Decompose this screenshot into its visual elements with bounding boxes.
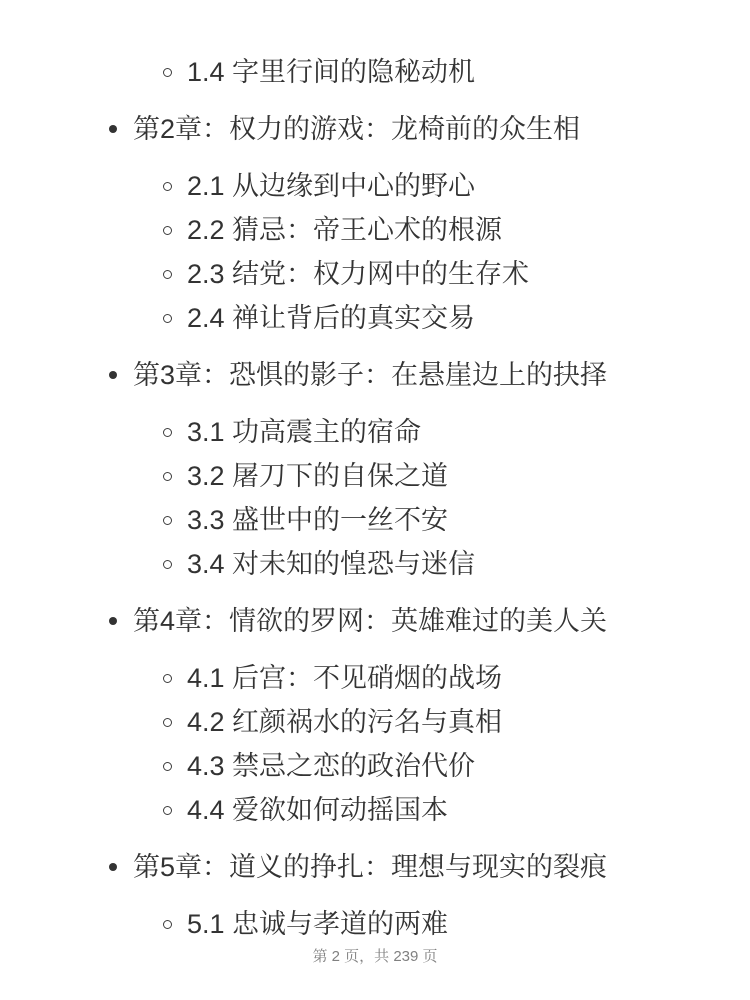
toc-subsection-item: 4.3 禁忌之恋的政治代价 [187,744,750,788]
bullet-circle-icon [163,920,172,929]
toc-subsection-label: 3.3 盛世中的一丝不安 [187,505,448,535]
bullet-disc-icon [109,125,117,133]
toc-subsection-list: 2.1 从边缘到中心的野心 2.2 猜忌：帝王心术的根源 2.3 结党：权力网中… [133,164,750,340]
toc-subsection-item: 5.1 忠诚与孝道的两难 [187,902,750,946]
toc-chapter-label: 第5章：道义的挣扎：理想与现实的裂痕 [133,852,607,882]
toc-subsection-label: 4.3 禁忌之恋的政治代价 [187,751,475,781]
toc-chapter-item: 第3章：恐惧的影子：在悬崖边上的抉择 3.1 功高震主的宿命 3.2 屠刀下的自… [133,353,750,586]
toc-subsection-item: 1.4 字里行间的隐秘动机 [187,50,750,94]
toc-chapter-label: 第3章：恐惧的影子：在悬崖边上的抉择 [133,360,607,390]
toc-subsection-label: 3.2 屠刀下的自保之道 [187,461,448,491]
table-of-contents: 1.4 字里行间的隐秘动机 第2章：权力的游戏：龙椅前的众生相 2.1 从边缘到… [0,50,750,946]
toc-chapter-item: 第2章：权力的游戏：龙椅前的众生相 2.1 从边缘到中心的野心 2.2 猜忌：帝… [133,107,750,340]
toc-subsection-item: 4.1 后宫：不见硝烟的战场 [187,656,750,700]
toc-subsection-item: 2.4 禅让背后的真实交易 [187,296,750,340]
toc-subsection-item: 2.2 猜忌：帝王心术的根源 [187,208,750,252]
toc-subsection-list: 3.1 功高震主的宿命 3.2 屠刀下的自保之道 3.3 盛世中的一丝不安 3.… [133,410,750,586]
toc-subsection-label: 4.2 红颜祸水的污名与真相 [187,707,502,737]
toc-subsection-label: 4.1 后宫：不见硝烟的战场 [187,663,502,693]
bullet-circle-icon [163,516,172,525]
page-number-indicator: 第 2 页，共 239 页 [0,947,750,967]
toc-subsection-list: 1.4 字里行间的隐秘动机 [0,50,750,94]
document-page: 1.4 字里行间的隐秘动机 第2章：权力的游戏：龙椅前的众生相 2.1 从边缘到… [0,0,750,1000]
toc-subsection-label: 2.1 从边缘到中心的野心 [187,171,475,201]
toc-subsection-item: 2.3 结党：权力网中的生存术 [187,252,750,296]
bullet-disc-icon [109,617,117,625]
bullet-circle-icon [163,718,172,727]
toc-subsection-item: 2.1 从边缘到中心的野心 [187,164,750,208]
bullet-circle-icon [163,314,172,323]
toc-chapter-item: 第5章：道义的挣扎：理想与现实的裂痕 5.1 忠诚与孝道的两难 [133,845,750,946]
toc-subsection-item: 3.3 盛世中的一丝不安 [187,498,750,542]
bullet-circle-icon [163,762,172,771]
toc-subsection-item: 3.1 功高震主的宿命 [187,410,750,454]
bullet-circle-icon [163,68,172,77]
bullet-circle-icon [163,226,172,235]
toc-subsection-item: 4.2 红颜祸水的污名与真相 [187,700,750,744]
toc-chapter-label: 第2章：权力的游戏：龙椅前的众生相 [133,114,580,144]
bullet-circle-icon [163,472,172,481]
toc-subsection-list: 4.1 后宫：不见硝烟的战场 4.2 红颜祸水的污名与真相 4.3 禁忌之恋的政… [133,656,750,832]
toc-subsection-item: 3.2 屠刀下的自保之道 [187,454,750,498]
bullet-circle-icon [163,806,172,815]
toc-subsection-list: 5.1 忠诚与孝道的两难 [133,902,750,946]
bullet-circle-icon [163,560,172,569]
toc-subsection-label: 2.2 猜忌：帝王心术的根源 [187,215,502,245]
toc-subsection-label: 3.1 功高震主的宿命 [187,417,421,447]
bullet-circle-icon [163,674,172,683]
toc-subsection-item: 4.4 爱欲如何动摇国本 [187,788,750,832]
bullet-circle-icon [163,182,172,191]
bullet-circle-icon [163,270,172,279]
toc-subsection-label: 3.4 对未知的惶恐与迷信 [187,549,475,579]
toc-chapter-label: 第4章：情欲的罗网：英雄难过的美人关 [133,606,607,636]
toc-subsection-label: 2.4 禅让背后的真实交易 [187,303,475,333]
toc-subsection-label: 1.4 字里行间的隐秘动机 [187,57,475,87]
toc-subsection-label: 2.3 结党：权力网中的生存术 [187,259,529,289]
bullet-circle-icon [163,428,172,437]
toc-subsection-label: 4.4 爱欲如何动摇国本 [187,795,448,825]
toc-chapter-item: 第4章：情欲的罗网：英雄难过的美人关 4.1 后宫：不见硝烟的战场 4.2 红颜… [133,599,750,832]
toc-subsection-item: 3.4 对未知的惶恐与迷信 [187,542,750,586]
bullet-disc-icon [109,863,117,871]
toc-subsection-label: 5.1 忠诚与孝道的两难 [187,909,448,939]
bullet-disc-icon [109,371,117,379]
